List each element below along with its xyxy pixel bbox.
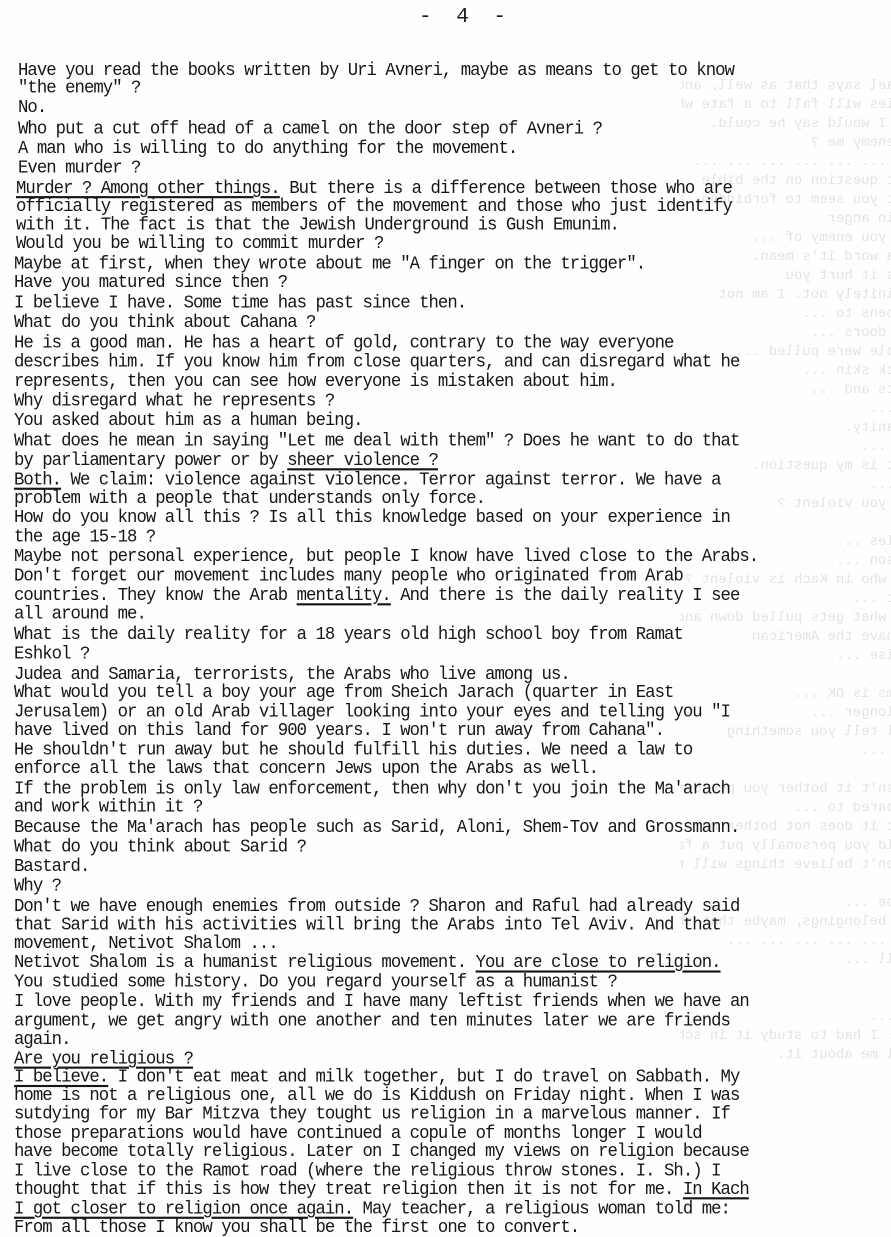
text-line: Don't forget our movement includes many …: [14, 568, 683, 587]
text-line: I love people. With my friends and I hav…: [14, 993, 749, 1012]
text-segment: movement, Netivot Shalom ...: [14, 934, 278, 955]
text-line: all around me.: [14, 605, 146, 624]
text-line: What would you tell a boy your age from …: [14, 684, 673, 703]
text-segment: From all those I know you shall be the f…: [14, 1218, 579, 1237]
text-line: From all those I know you shall be the f…: [14, 1219, 579, 1237]
text-segment: Why disregard what he represents ?: [14, 392, 334, 413]
text-segment: I believe I have. Some time has past sin…: [14, 293, 466, 314]
text-line: He is a good man. He has a heart of gold…: [14, 334, 673, 353]
text-line: What does he mean in saying "Let me deal…: [14, 433, 739, 452]
text-line: Why ?: [14, 878, 61, 897]
text-line: How do you know all this ? Is all this k…: [14, 509, 730, 528]
text-segment: by parliamentary power or by: [14, 451, 287, 472]
text-segment: You studied some history. Do you regard …: [14, 973, 617, 994]
underlined-text: mentality.: [297, 586, 391, 607]
text-segment: enforce all the laws that concern Jews u…: [14, 759, 598, 780]
text-line: the age 15-18 ?: [14, 529, 155, 548]
underlined-text: sheer violence ?: [287, 451, 438, 472]
text-segment: Maybe not personal experience, but peopl…: [14, 547, 758, 568]
text-segment: describes him. If you know him from clos…: [14, 353, 739, 374]
text-segment: You asked about him as a human being.: [14, 411, 363, 432]
text-segment: And there is the daily reality I see: [391, 586, 740, 607]
text-line: sutdying for my Bar Mitzva they tought u…: [14, 1105, 730, 1124]
text-line: What do you think about Cahana ?: [14, 314, 315, 333]
text-segment: What does he mean in saying "Let me deal…: [14, 432, 739, 453]
text-line: No.: [18, 99, 46, 118]
text-segment: Why ?: [14, 876, 61, 897]
text-segment: problem with a people that understands o…: [14, 489, 485, 510]
text-segment: again.: [14, 1030, 71, 1051]
text-line: again.: [14, 1031, 71, 1050]
text-segment: all around me.: [14, 604, 146, 625]
text-segment: Have you matured since then ?: [14, 273, 287, 294]
text-segment: represents, then you can see how everyon…: [14, 372, 617, 393]
text-line: have become totally religious. Later on …: [14, 1143, 749, 1162]
text-segment: have lived on this land for 900 years. I…: [14, 721, 664, 742]
text-line: Netivot Shalom is a humanist religious m…: [14, 954, 721, 973]
text-line: thought that if this is how they treat r…: [14, 1181, 749, 1200]
text-line: What is the daily reality for a 18 years…: [14, 626, 683, 645]
text-line: I believe I have. Some time has past sin…: [14, 294, 466, 313]
text-line: describes him. If you know him from clos…: [14, 354, 739, 373]
text-line: Why disregard what he represents ?: [14, 393, 334, 412]
text-segment: argument, we get angry with one another …: [14, 1011, 730, 1032]
text-line: A man who is willing to do anything for …: [18, 140, 517, 159]
text-segment: No.: [18, 98, 46, 119]
text-line: by parliamentary power or by sheer viole…: [14, 452, 438, 471]
text-segment: A man who is willing to do anything for …: [18, 139, 517, 160]
text-segment: thought that if this is how they treat r…: [14, 1180, 683, 1201]
text-line: Who put a cut off head of a camel on the…: [18, 120, 602, 139]
text-line: Maybe not personal experience, but peopl…: [14, 548, 758, 567]
text-line: Would you be willing to commit murder ?: [16, 235, 383, 254]
text-segment: have become totally religious. Later on …: [14, 1142, 749, 1163]
text-segment: sutdying for my Bar Mitzva they tought u…: [14, 1104, 730, 1125]
underlined-text: In Kach: [683, 1180, 749, 1201]
text-line: problem with a people that understands o…: [14, 490, 485, 509]
text-segment: How do you know all this ? Is all this k…: [14, 508, 730, 529]
text-segment: Don't forget our movement includes many …: [14, 567, 683, 588]
text-line: "the enemy" ?: [18, 79, 140, 98]
text-segment: Eshkol ?: [14, 644, 89, 665]
text-segment: Would you be willing to commit murder ?: [16, 234, 383, 255]
text-line: argument, we get angry with one another …: [14, 1013, 730, 1032]
text-line: enforce all the laws that concern Jews u…: [14, 760, 598, 779]
text-line: You studied some history. Do you regard …: [14, 974, 617, 993]
text-line: What do you think about Sarid ?: [14, 839, 306, 858]
text-line: represents, then you can see how everyon…: [14, 373, 617, 392]
text-segment: Because the Ma'arach has people such as …: [14, 818, 739, 839]
page-number: - 4 -: [20, 6, 891, 29]
text-line: Even murder ?: [18, 159, 140, 178]
text-segment: Netivot Shalom is a humanist religious m…: [14, 953, 476, 974]
text-segment: Bastard.: [14, 857, 89, 878]
text-line: Have you matured since then ?: [14, 274, 287, 293]
text-segment: He is a good man. He has a heart of gold…: [14, 333, 673, 354]
text-segment: Even murder ?: [18, 158, 140, 179]
text-segment: and work within it ?: [14, 798, 202, 819]
text-segment: What is the daily reality for a 18 years…: [14, 625, 683, 646]
text-segment: What do you think about Sarid ?: [14, 838, 306, 859]
text-line: Because the Ma'arach has people such as …: [14, 819, 739, 838]
text-segment: What do you think about Cahana ?: [14, 313, 315, 334]
text-line: movement, Netivot Shalom ...: [14, 935, 278, 954]
text-line: have lived on this land for 900 years. I…: [14, 722, 664, 741]
text-line: Eshkol ?: [14, 645, 89, 664]
text-segment: I love people. With my friends and I hav…: [14, 992, 749, 1013]
text-line: Bastard.: [14, 858, 89, 877]
underlined-text: You are close to religion.: [476, 953, 721, 974]
text-line: and work within it ?: [14, 799, 202, 818]
text-segment: What would you tell a boy your age from …: [14, 683, 673, 704]
document-page: Rafael says that as well, and let us Bod…: [0, 0, 891, 1237]
text-segment: "the enemy" ?: [18, 78, 140, 99]
text-line: You asked about him as a human being.: [14, 412, 363, 431]
text-segment: Who put a cut off head of a camel on the…: [18, 119, 602, 140]
text-segment: the age 15-18 ?: [14, 528, 155, 549]
